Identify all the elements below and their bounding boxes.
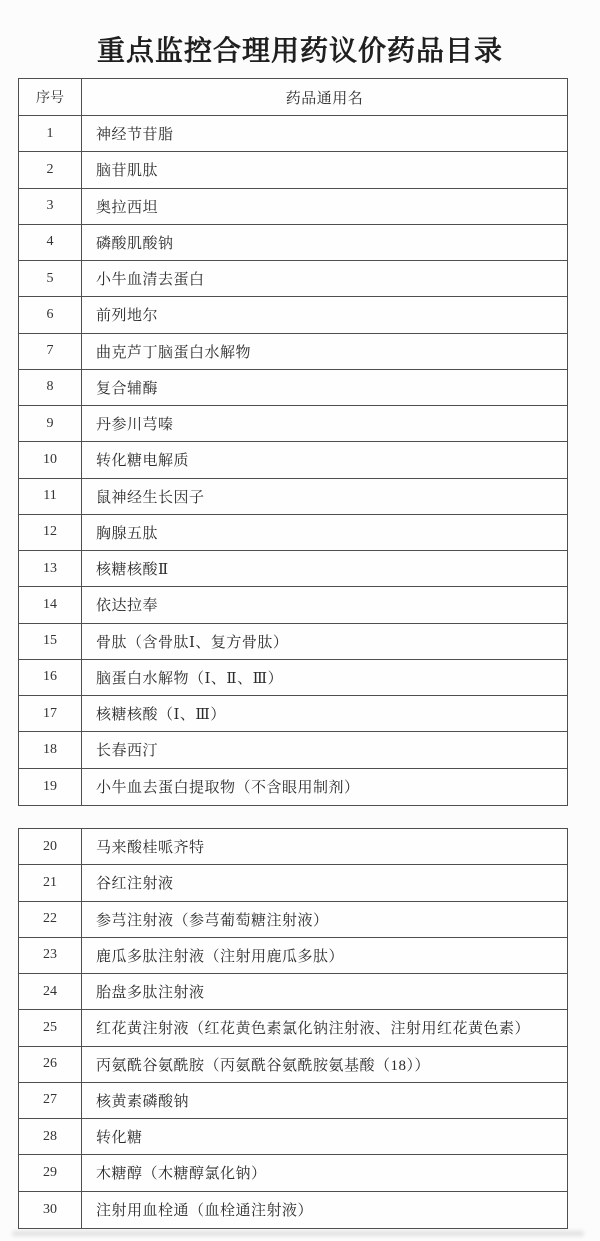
table-row: 26 丙氨酰谷氨酰胺（丙氨酰谷氨酰胺氨基酸（18）） [19, 1047, 567, 1083]
row-number-cell: 29 [19, 1155, 82, 1190]
row-number-cell: 30 [19, 1192, 82, 1228]
drug-table-part1: 序号 药品通用名 1 神经节苷脂 2 脑苷肌肽 3 奥拉西坦 4 磷酸肌酸钠 5… [18, 78, 568, 806]
table-row: 5 小牛血清去蛋白 [19, 261, 567, 297]
row-number-cell: 23 [19, 938, 82, 973]
table-row: 24 胎盘多肽注射液 [19, 974, 567, 1010]
table-row: 4 磷酸肌酸钠 [19, 225, 567, 261]
table-row: 27 核黄素磷酸钠 [19, 1083, 567, 1119]
drug-name-cell: 注射用血栓通（血栓通注射液） [82, 1192, 567, 1228]
table-row: 18 长春西汀 [19, 732, 567, 768]
row-number-cell: 16 [19, 660, 82, 695]
row-number-cell: 17 [19, 696, 82, 731]
row-number-cell: 27 [19, 1083, 82, 1118]
row-number-cell: 15 [19, 624, 82, 659]
drug-name-cell: 木糖醇（木糖醇氯化钠） [82, 1155, 567, 1190]
page-title: 重点监控合理用药议价药品目录 [0, 29, 600, 69]
drug-name-cell: 红花黄注射液（红花黄色素氯化钠注射液、注射用红花黄色素） [82, 1010, 567, 1045]
table-row: 7 曲克芦丁脑蛋白水解物 [19, 334, 567, 370]
drug-name-cell: 参芎注射液（参芎葡萄糖注射液） [82, 902, 567, 937]
row-number-cell: 7 [19, 334, 82, 369]
row-number-cell: 8 [19, 370, 82, 405]
drug-name-cell: 胸腺五肽 [82, 515, 567, 550]
row-number-cell: 9 [19, 406, 82, 441]
drug-name-cell: 依达拉奉 [82, 587, 567, 622]
table-row: 20 马来酸桂哌齐特 [19, 829, 567, 865]
drug-name-cell: 小牛血去蛋白提取物（不含眼用制剂） [82, 769, 567, 805]
row-number-cell: 1 [19, 116, 82, 151]
table-row: 13 核糖核酸Ⅱ [19, 551, 567, 587]
drug-name-cell: 神经节苷脂 [82, 116, 567, 151]
row-number-cell: 24 [19, 974, 82, 1009]
table-row: 29 木糖醇（木糖醇氯化钠） [19, 1155, 567, 1191]
drug-name-cell: 转化糖 [82, 1119, 567, 1154]
row-number-cell: 10 [19, 442, 82, 477]
drug-name-cell: 脑苷肌肽 [82, 152, 567, 187]
header-serial-number: 序号 [19, 79, 82, 115]
table-row: 25 红花黄注射液（红花黄色素氯化钠注射液、注射用红花黄色素） [19, 1010, 567, 1046]
drug-name-cell: 丹参川芎嗪 [82, 406, 567, 441]
row-number-cell: 28 [19, 1119, 82, 1154]
drug-name-cell: 核糖核酸（Ⅰ、Ⅲ） [82, 696, 567, 731]
drug-name-cell: 长春西汀 [82, 732, 567, 767]
table-row: 8 复合辅酶 [19, 370, 567, 406]
row-number-cell: 12 [19, 515, 82, 550]
drug-name-cell: 鼠神经生长因子 [82, 479, 567, 514]
table-row: 1 神经节苷脂 [19, 116, 567, 152]
table-header-row: 序号 药品通用名 [19, 79, 567, 116]
drug-name-cell: 小牛血清去蛋白 [82, 261, 567, 296]
row-number-cell: 19 [19, 769, 82, 805]
row-number-cell: 22 [19, 902, 82, 937]
row-number-cell: 11 [19, 479, 82, 514]
scan-artifact [12, 1231, 584, 1236]
row-number-cell: 20 [19, 829, 82, 864]
table-row: 11 鼠神经生长因子 [19, 479, 567, 515]
row-number-cell: 26 [19, 1047, 82, 1082]
row-number-cell: 13 [19, 551, 82, 586]
table-row: 9 丹参川芎嗪 [19, 406, 567, 442]
drug-name-cell: 转化糖电解质 [82, 442, 567, 477]
drug-name-cell: 胎盘多肽注射液 [82, 974, 567, 1009]
drug-name-cell: 前列地尔 [82, 297, 567, 332]
drug-name-cell: 脑蛋白水解物（Ⅰ、Ⅱ、Ⅲ） [82, 660, 567, 695]
drug-table-part2: 20 马来酸桂哌齐特 21 谷红注射液 22 参芎注射液（参芎葡萄糖注射液） 2… [18, 828, 568, 1229]
table-row: 3 奥拉西坦 [19, 189, 567, 225]
row-number-cell: 18 [19, 732, 82, 767]
drug-name-cell: 骨肽（含骨肽Ⅰ、复方骨肽） [82, 624, 567, 659]
header-drug-generic-name: 药品通用名 [82, 79, 567, 115]
drug-name-cell: 核糖核酸Ⅱ [82, 551, 567, 586]
drug-name-cell: 复合辅酶 [82, 370, 567, 405]
drug-name-cell: 马来酸桂哌齐特 [82, 829, 567, 864]
drug-name-cell: 曲克芦丁脑蛋白水解物 [82, 334, 567, 369]
drug-name-cell: 核黄素磷酸钠 [82, 1083, 567, 1118]
row-number-cell: 21 [19, 865, 82, 900]
row-number-cell: 4 [19, 225, 82, 260]
table-row: 14 依达拉奉 [19, 587, 567, 623]
drug-name-cell: 奥拉西坦 [82, 189, 567, 224]
table-row: 10 转化糖电解质 [19, 442, 567, 478]
table-row: 16 脑蛋白水解物（Ⅰ、Ⅱ、Ⅲ） [19, 660, 567, 696]
table-row: 23 鹿瓜多肽注射液（注射用鹿瓜多肽） [19, 938, 567, 974]
row-number-cell: 3 [19, 189, 82, 224]
row-number-cell: 6 [19, 297, 82, 332]
row-number-cell: 2 [19, 152, 82, 187]
table-row: 6 前列地尔 [19, 297, 567, 333]
table-row: 17 核糖核酸（Ⅰ、Ⅲ） [19, 696, 567, 732]
drug-name-cell: 谷红注射液 [82, 865, 567, 900]
table-row: 2 脑苷肌肽 [19, 152, 567, 188]
table-row: 19 小牛血去蛋白提取物（不含眼用制剂） [19, 769, 567, 805]
table-row: 15 骨肽（含骨肽Ⅰ、复方骨肽） [19, 624, 567, 660]
row-number-cell: 25 [19, 1010, 82, 1045]
table-row: 28 转化糖 [19, 1119, 567, 1155]
table-row: 12 胸腺五肽 [19, 515, 567, 551]
table-row: 21 谷红注射液 [19, 865, 567, 901]
drug-name-cell: 丙氨酰谷氨酰胺（丙氨酰谷氨酰胺氨基酸（18）） [82, 1047, 567, 1082]
row-number-cell: 14 [19, 587, 82, 622]
drug-name-cell: 鹿瓜多肽注射液（注射用鹿瓜多肽） [82, 938, 567, 973]
table-row: 30 注射用血栓通（血栓通注射液） [19, 1192, 567, 1228]
table-row: 22 参芎注射液（参芎葡萄糖注射液） [19, 902, 567, 938]
row-number-cell: 5 [19, 261, 82, 296]
drug-name-cell: 磷酸肌酸钠 [82, 225, 567, 260]
